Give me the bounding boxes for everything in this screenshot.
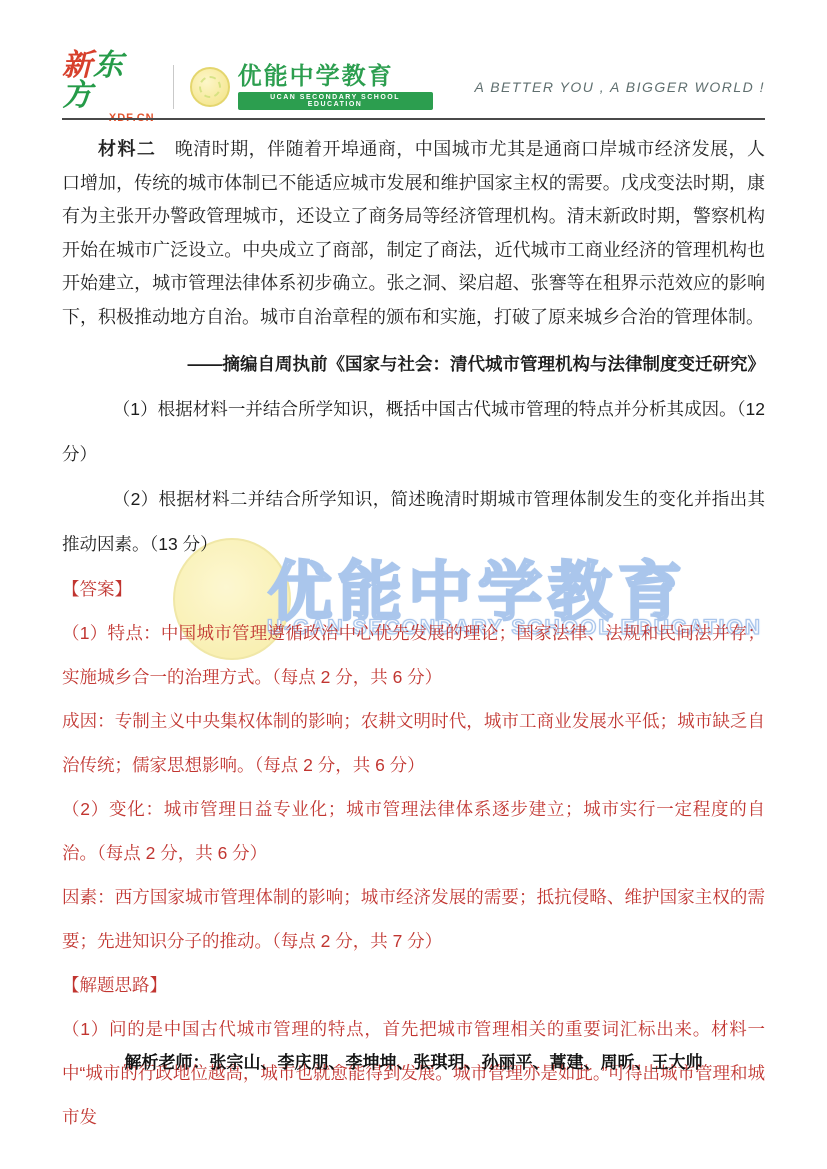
answer-paragraph-2: 成因：专制主义中央集权体制的影响；农耕文明时代，城市工商业发展水平低；城市缺乏自… [62,699,765,787]
header: 新东方 XDF.CN 优能中学教育 UCAN SECONDARY SCHOOL … [62,58,765,116]
header-divider-line [62,118,765,120]
xdf-logo: 新东方 XDF.CN [62,51,155,124]
answer-section-header: 【答案】 [62,567,765,611]
document-page: 新东方 XDF.CN 优能中学教育 UCAN SECONDARY SCHOOL … [0,0,827,1169]
material-two-label: 材料二 [98,139,156,159]
ucan-logo-text: 优能中学教育 UCAN SECONDARY SCHOOL EDUCATION [238,65,433,110]
xdf-logo-text: 新东方 [62,51,155,111]
brand-tagline: A BETTER YOU , A BIGGER WORLD ! [475,79,766,95]
source-attribution: ——摘编自周执前《国家与社会：清代城市管理机构与法律制度变迁研究》 [62,342,765,387]
document-body: 材料二 晚清时期，伴随着开埠通商，中国城市尤其是通商口岸城市经济发展，人口增加，… [62,133,765,1139]
analysis-teachers-line: 解析老师：张宗山、李庆朋、李坤坤、张琪玥、孙丽平、蒿建、周昕、王大帅 [0,1048,827,1073]
ucan-badge-icon [190,67,230,107]
answer-paragraph-1: （1）特点：中国城市管理遵循政治中心优先发展的理论；国家法律、法规和民间法并存；… [62,611,765,699]
answer-paragraph-4: 因素：西方国家城市管理体制的影响；城市经济发展的需要；抵抗侵略、维护国家主权的需… [62,875,765,963]
ucan-logo: 优能中学教育 UCAN SECONDARY SCHOOL EDUCATION [190,65,433,110]
answer-paragraph-3: （2）变化：城市管理日益专业化；城市管理法律体系逐步建立；城市实行一定程度的自治… [62,787,765,875]
material-two-paragraph: 材料二 晚清时期，伴随着开埠通商，中国城市尤其是通商口岸城市经济发展，人口增加，… [62,133,765,334]
ucan-title: 优能中学教育 [238,65,433,89]
logo-divider [173,65,174,109]
question-2: （2）根据材料二并结合所学知识，简述晚清时期城市管理体制发生的变化并指出其推动因… [62,477,765,567]
question-1: （1）根据材料一并结合所学知识，概括中国古代城市管理的特点并分析其成因。（12 … [62,387,765,477]
material-two-text: 晚清时期，伴随着开埠通商，中国城市尤其是通商口岸城市经济发展，人口增加，传统的城… [62,139,765,327]
xdf-logo-char-xin: 新 [62,49,93,82]
analysis-paragraph-1: （1）问的是中国古代城市管理的特点，首先把城市管理相关的重要词汇标出来。材料一中… [62,1007,765,1139]
analysis-section-header: 【解题思路】 [62,963,765,1007]
ucan-subtitle: UCAN SECONDARY SCHOOL EDUCATION [238,92,433,110]
